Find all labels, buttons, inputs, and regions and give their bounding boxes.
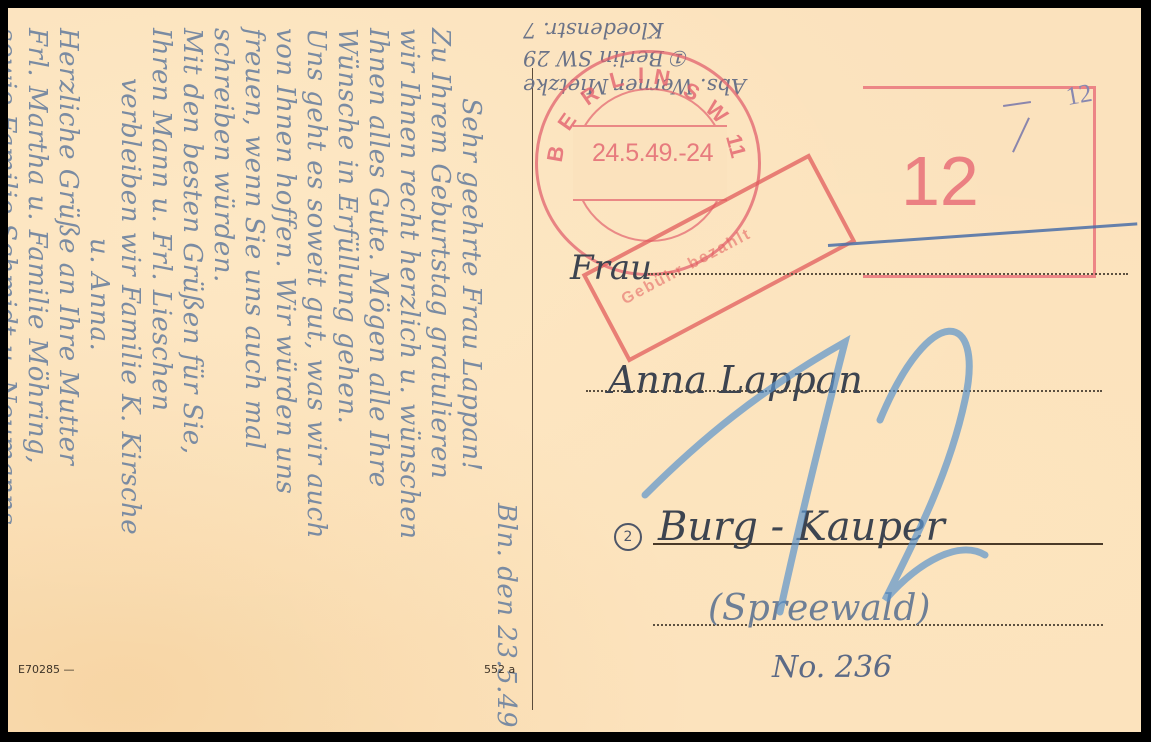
- card-number: 552 a: [484, 663, 515, 676]
- message-line: Uns geht es soweit gut, was wir auch: [300, 28, 331, 728]
- message-line: schreiben würden.: [207, 28, 238, 728]
- postage-due-stamp: 12: [863, 86, 1096, 278]
- recipient-house-number: No. 236: [772, 650, 892, 685]
- message-postscript: sowie Familie Schmidt u. Neumanns.: [8, 28, 21, 728]
- recipient-name: Anna Lappan: [608, 358, 863, 402]
- message-line: Wünsche in Erfüllung gehen.: [331, 28, 362, 728]
- postage-due-value: 12: [901, 141, 979, 221]
- pencil-note: 12: [1064, 78, 1095, 112]
- message-line: wir Ihnen recht herzlich u. wünschen: [393, 28, 424, 728]
- message-closing: verbleiben wir Familie K. Kirsche: [114, 28, 145, 728]
- message-greeting: Sehr geehrte Frau Lappan!: [455, 28, 486, 728]
- message-line: Ihren Mann u. Frl. Lieschen: [145, 28, 176, 728]
- message-line: Ihnen alles Gute. Mögen alle Ihre: [362, 28, 393, 728]
- recipient-region: (Spreewald): [708, 588, 930, 629]
- message-postscript: Herzliche Grüße an Ihre Mutter: [52, 28, 83, 728]
- message-signature: u. Anna.: [83, 28, 114, 728]
- handwritten-message: Bln. den 23.5.49 Sehr geehrte Frau Lappa…: [11, 28, 521, 728]
- message-line: freuen, wenn Sie uns auch mal: [238, 28, 269, 728]
- center-divider: [532, 68, 533, 710]
- message-line: von Ihnen hoffen. Wir würden uns: [269, 28, 300, 728]
- message-line: Zu Ihrem Geburtstag gratulieren: [424, 28, 455, 728]
- message-date: Bln. den 23.5.49: [490, 28, 521, 728]
- recipient-city: Burg - Kauper: [658, 504, 945, 550]
- postal-district: 2: [614, 523, 642, 551]
- address-line: [648, 273, 1128, 275]
- message-postscript: Frl. Martha u. Familie Möhring,: [21, 28, 52, 728]
- message-line: Mit den besten Grüßen für Sie,: [176, 28, 207, 728]
- recipient-salutation: Frau: [570, 248, 652, 288]
- postcard: Bln. den 23.5.49 Sehr geehrte Frau Lappa…: [8, 8, 1141, 732]
- publisher-code: E70285 —: [18, 663, 74, 676]
- sender-line: Kloedenstr. 7: [523, 16, 863, 44]
